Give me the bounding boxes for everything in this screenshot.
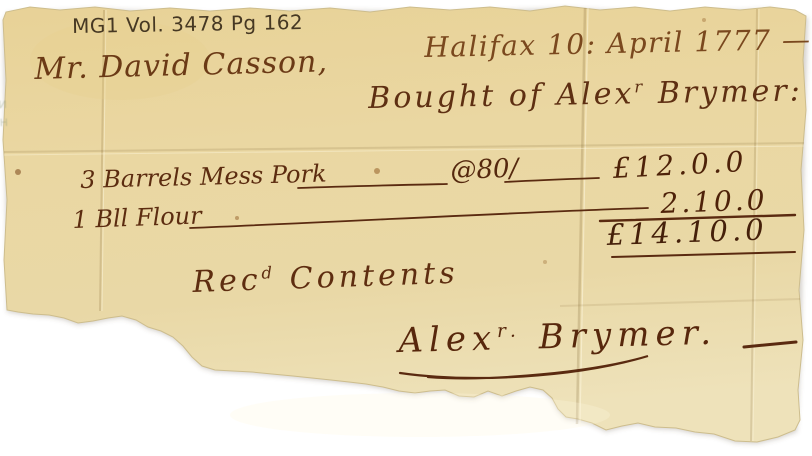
- bought-of-suffix: Brymer:: [645, 73, 803, 111]
- received-prefix: Rec: [192, 263, 262, 300]
- signature-superscript: r.: [497, 320, 522, 342]
- received-superscript: d: [261, 263, 276, 282]
- item-2-description: 1 Bll Flour: [72, 203, 202, 231]
- bought-of-prefix: Bought of Alex: [368, 76, 635, 116]
- bought-of-line: Bought of Alexr Brymer:: [368, 76, 803, 114]
- archive-stamp: NOVA SCOTIA HALIFAX, N.S.: [0, 96, 35, 136]
- bought-of-superscript: r: [634, 77, 645, 96]
- received-contents-note: Recd Contents: [192, 259, 459, 298]
- signature-suffix: Brymer.: [521, 313, 717, 358]
- item-1-rate: @80/: [450, 156, 519, 184]
- place-date-line: Halifax 10: April 1777 —: [424, 26, 812, 62]
- signature: Alexr. Brymer.: [398, 316, 717, 358]
- received-suffix: Contents: [276, 256, 460, 297]
- item-1-description: 3 Barrels Mess Pork: [80, 162, 327, 192]
- addressee-line: Mr. David Casson,: [34, 47, 328, 85]
- document-scan: MG1 Vol. 3478 Pg 162 NOVA SCOTIA HALIFAX…: [0, 0, 812, 456]
- item-1-amount: £12.0.0: [612, 148, 748, 183]
- total-amount: £14.10.0: [606, 215, 768, 250]
- signature-prefix: Alex: [398, 318, 498, 361]
- archival-reference: MG1 Vol. 3478 Pg 162: [72, 12, 303, 36]
